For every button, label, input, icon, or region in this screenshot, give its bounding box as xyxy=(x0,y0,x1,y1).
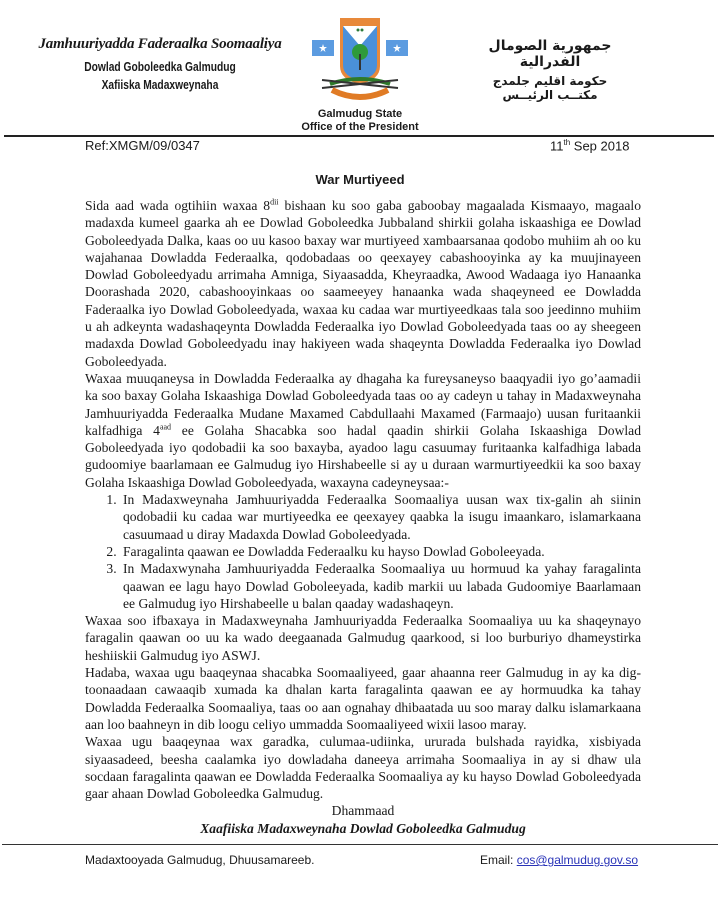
list-item: In Madaxwynaha Jamhuuriyadda Federaalka … xyxy=(120,560,641,612)
signoff: Xaafiiska Madaxweynaha Dowlad Goboleedka… xyxy=(85,820,641,837)
ordinal-suffix: dii xyxy=(270,197,278,206)
email-label: Email: xyxy=(480,853,517,867)
findings-list: In Madaxweynaha Jamhuuriyadda Federaalka… xyxy=(85,491,641,612)
header-divider xyxy=(4,135,714,137)
galmudug-coat-of-arms-icon xyxy=(310,14,410,106)
emblem-caption: Galmudug State Office of the President xyxy=(270,108,450,134)
header-republic-name: Jamhuuriyadda Faderaalka Soomaaliya xyxy=(30,36,290,53)
paragraph-5: Waxaa ugu baaqeynaa wax garadka, culumaa… xyxy=(85,733,641,802)
header-arabic-state: حكومة اقليم جلمدج xyxy=(460,74,640,88)
date-day: 11 xyxy=(550,138,564,153)
document-body: Sida aad wada ogtihiin waxaa 8dii bishaa… xyxy=(85,197,641,837)
list-item: Faragalinta qaawan ee Dowladda Federaalk… xyxy=(120,543,641,560)
header-arabic-republic: جمهورية الصومال الفدرالية xyxy=(460,38,640,70)
header-somali: Jamhuuriyadda Faderaalka Soomaaliya Dowl… xyxy=(0,36,290,92)
footer-address: Madaxtooyada Galmudug, Dhuusamareeb. xyxy=(85,853,314,867)
ordinal-suffix: aad xyxy=(160,422,171,431)
emblem-caption-office: Office of the President xyxy=(270,121,450,134)
header-state-name: Dowlad Goboleedka Galmudug xyxy=(53,60,266,74)
footer-divider xyxy=(2,844,718,845)
closing: Dhammaad xyxy=(85,802,641,819)
paragraph-2: Waxaa muuqaneysa in Dowladda Federaalka … xyxy=(85,370,641,491)
document-title: War Murtiyeed xyxy=(0,172,720,187)
letter-date: 11th Sep 2018 xyxy=(550,138,629,153)
header-office-name: Xafiiska Madaxweynaha xyxy=(53,78,266,92)
paragraph-2-text-b: ee Golaha Shacabka soo hadal qaadin shir… xyxy=(85,423,641,490)
email-link[interactable]: cos@galmudug.gov.so xyxy=(517,853,638,867)
paragraph-1: Sida aad wada ogtihiin waxaa 8dii bishaa… xyxy=(85,197,641,370)
header-arabic: جمهورية الصومال الفدرالية حكومة اقليم جل… xyxy=(460,38,640,102)
footer-email: Email: cos@galmudug.gov.so xyxy=(480,853,638,867)
list-item: In Madaxweynaha Jamhuuriyadda Federaalka… xyxy=(120,491,641,543)
paragraph-4: Hadaba, waxaa ugu baaqeynaa shacabka Soo… xyxy=(85,664,641,733)
reference-number: Ref:XMGM/09/0347 xyxy=(85,138,200,153)
paragraph-1-text-a: Sida aad wada ogtihiin waxaa 8 xyxy=(85,198,270,213)
header-arabic-office: مكتــب الرئيــس xyxy=(460,88,640,102)
emblem-caption-state: Galmudug State xyxy=(270,108,450,121)
paragraph-3: Waxaa soo ifbaxaya in Madaxweynaha Jamhu… xyxy=(85,612,641,664)
paragraph-1-text-b: bishaan ku soo gaba gaboobay magaalada K… xyxy=(85,198,641,369)
date-month-year: Sep 2018 xyxy=(570,138,629,153)
